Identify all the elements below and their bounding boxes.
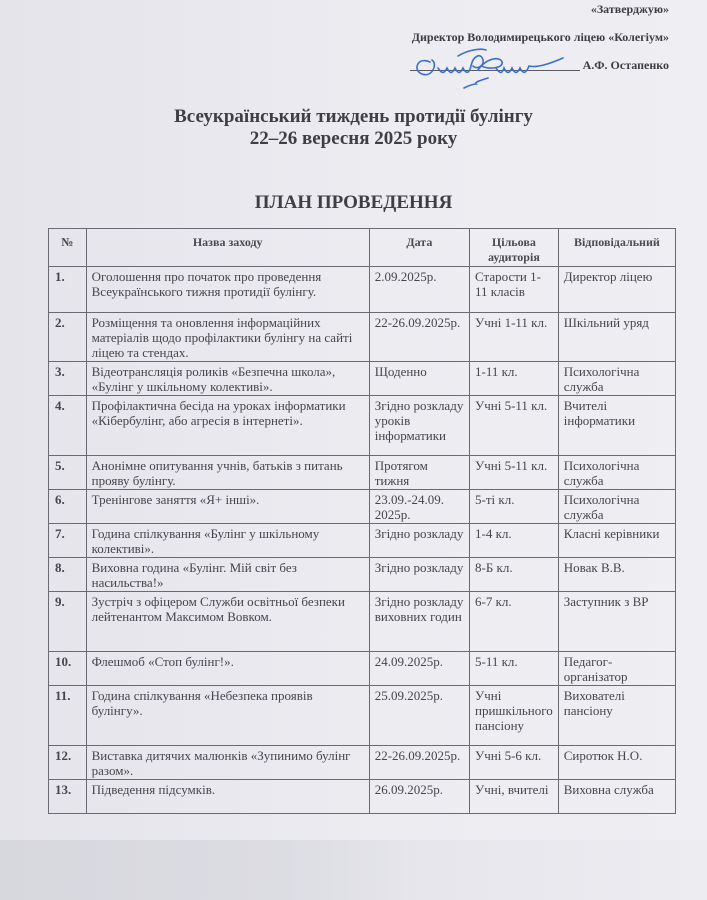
responsible-person: Психологічна служба: [558, 456, 675, 490]
target-audience: 1-11 кл.: [470, 362, 559, 396]
target-audience: Учні 5-6 кл.: [470, 746, 559, 780]
table-row: 8.Виховна година «Булінг. Мій світ без н…: [49, 558, 676, 592]
plan-heading: ПЛАН ПРОВЕДЕННЯ: [0, 192, 707, 214]
row-number: 6.: [49, 490, 87, 524]
row-number: 3.: [49, 362, 87, 396]
target-audience: Учні 5-11 кл.: [470, 456, 559, 490]
row-number: 2.: [49, 313, 87, 362]
event-name: Профілактична бесіда на уроках інформати…: [86, 396, 369, 456]
event-date: Згідно розкладу: [369, 558, 469, 592]
target-audience: Учні пришкільного пансіону: [470, 686, 559, 746]
event-date: 22-26.09.2025р.: [369, 746, 469, 780]
row-number: 7.: [49, 524, 87, 558]
table-row: 10.Флешмоб «Стоп булінг!».24.09.2025р.5-…: [49, 652, 676, 686]
event-name: Година спілкування «Небезпека проявів бу…: [86, 686, 369, 746]
responsible-person: Психологічна служба: [558, 490, 675, 524]
row-number: 8.: [49, 558, 87, 592]
target-audience: Учні, вчителі: [470, 780, 559, 814]
table-row: 4.Профілактична бесіда на уроках інформа…: [49, 396, 676, 456]
row-number: 13.: [49, 780, 87, 814]
row-number: 10.: [49, 652, 87, 686]
event-date: Згідно розкладу виховних годин: [369, 592, 469, 652]
target-audience: 8-Б кл.: [470, 558, 559, 592]
header-event-name: Назва заходу: [86, 229, 369, 267]
event-name: Виставка дитячих малюнків «Зупинимо булі…: [86, 746, 369, 780]
target-audience: Учні 1-11 кл.: [470, 313, 559, 362]
responsible-person: Вихователі пансіону: [558, 686, 675, 746]
event-date: 26.09.2025р.: [369, 780, 469, 814]
event-date: Протягом тижня: [369, 456, 469, 490]
table-row: 5.Анонімне опитування учнів, батьків з п…: [49, 456, 676, 490]
event-name: Оголошення про початок про проведення Вс…: [86, 267, 369, 313]
table-row: 7.Година спілкування «Булінг у шкільному…: [49, 524, 676, 558]
event-date: 2.09.2025р.: [369, 267, 469, 313]
table-row: 12.Виставка дитячих малюнків «Зупинимо б…: [49, 746, 676, 780]
event-name: Флешмоб «Стоп булінг!».: [86, 652, 369, 686]
header-number: №: [49, 229, 87, 267]
header-audience: Цільова аудиторія: [470, 229, 559, 267]
table-row: 13.Підведення підсумків.26.09.2025р.Учні…: [49, 780, 676, 814]
document-title: Всеукраїнський тиждень протидії булінгу: [0, 106, 707, 128]
target-audience: 5-11 кл.: [470, 652, 559, 686]
target-audience: 6-7 кл.: [470, 592, 559, 652]
responsible-person: Директор ліцею: [558, 267, 675, 313]
event-name: Розміщення та оновлення інформаційних ма…: [86, 313, 369, 362]
table-row: 6.Тренінгове заняття «Я+ інші».23.09.-24…: [49, 490, 676, 524]
header-responsible: Відповідальний: [558, 229, 675, 267]
row-number: 11.: [49, 686, 87, 746]
responsible-person: Новак В.В.: [558, 558, 675, 592]
row-number: 12.: [49, 746, 87, 780]
event-date: Згідно розкладу уроків інформатики: [369, 396, 469, 456]
signature-icon: [408, 44, 588, 94]
responsible-person: Виховна служба: [558, 780, 675, 814]
row-number: 4.: [49, 396, 87, 456]
event-name: Виховна година «Булінг. Мій світ без нас…: [86, 558, 369, 592]
responsible-person: Класні керівники: [558, 524, 675, 558]
row-number: 1.: [49, 267, 87, 313]
target-audience: 1-4 кл.: [470, 524, 559, 558]
row-number: 5.: [49, 456, 87, 490]
table-row: 2.Розміщення та оновлення інформаційних …: [49, 313, 676, 362]
responsible-person: Вчителі інформатики: [558, 396, 675, 456]
responsible-person: Психологічна служба: [558, 362, 675, 396]
target-audience: 5-ті кл.: [470, 490, 559, 524]
table-row: 1.Оголошення про початок про проведення …: [49, 267, 676, 313]
plan-table: № Назва заходу Дата Цільова аудиторія Ві…: [48, 228, 676, 814]
row-number: 9.: [49, 592, 87, 652]
director-name: А.Ф. Остапенко: [583, 58, 669, 73]
header-date: Дата: [369, 229, 469, 267]
responsible-person: Сиротюк Н.О.: [558, 746, 675, 780]
event-name: Відеотрансляція роликів «Безпечна школа»…: [86, 362, 369, 396]
event-date: 24.09.2025р.: [369, 652, 469, 686]
event-date: Щоденно: [369, 362, 469, 396]
event-date: Згідно розкладу: [369, 524, 469, 558]
document-dates: 22–26 вересня 2025 року: [0, 128, 707, 150]
page-shadow: [0, 840, 707, 900]
responsible-person: Шкільний уряд: [558, 313, 675, 362]
approval-label: «Затверджую»: [591, 2, 669, 17]
table-row: 9.Зустріч з офіцером Служби освітньої бе…: [49, 592, 676, 652]
target-audience: Старости 1-11 класів: [470, 267, 559, 313]
responsible-person: Заступник з ВР: [558, 592, 675, 652]
event-name: Зустріч з офіцером Служби освітньої безп…: [86, 592, 369, 652]
event-name: Година спілкування «Булінг у шкільному к…: [86, 524, 369, 558]
table-row: 11.Година спілкування «Небезпека проявів…: [49, 686, 676, 746]
event-date: 25.09.2025р.: [369, 686, 469, 746]
event-name: Підведення підсумків.: [86, 780, 369, 814]
table-header-row: № Назва заходу Дата Цільова аудиторія Ві…: [49, 229, 676, 267]
event-name: Анонімне опитування учнів, батьків з пит…: [86, 456, 369, 490]
event-name: Тренінгове заняття «Я+ інші».: [86, 490, 369, 524]
director-title: Директор Володимирецького ліцею «Колегіу…: [412, 30, 669, 45]
target-audience: Учні 5-11 кл.: [470, 396, 559, 456]
table-row: 3.Відеотрансляція роликів «Безпечна школ…: [49, 362, 676, 396]
event-date: 22-26.09.2025р.: [369, 313, 469, 362]
responsible-person: Педагог-організатор: [558, 652, 675, 686]
event-date: 23.09.-24.09. 2025р.: [369, 490, 469, 524]
